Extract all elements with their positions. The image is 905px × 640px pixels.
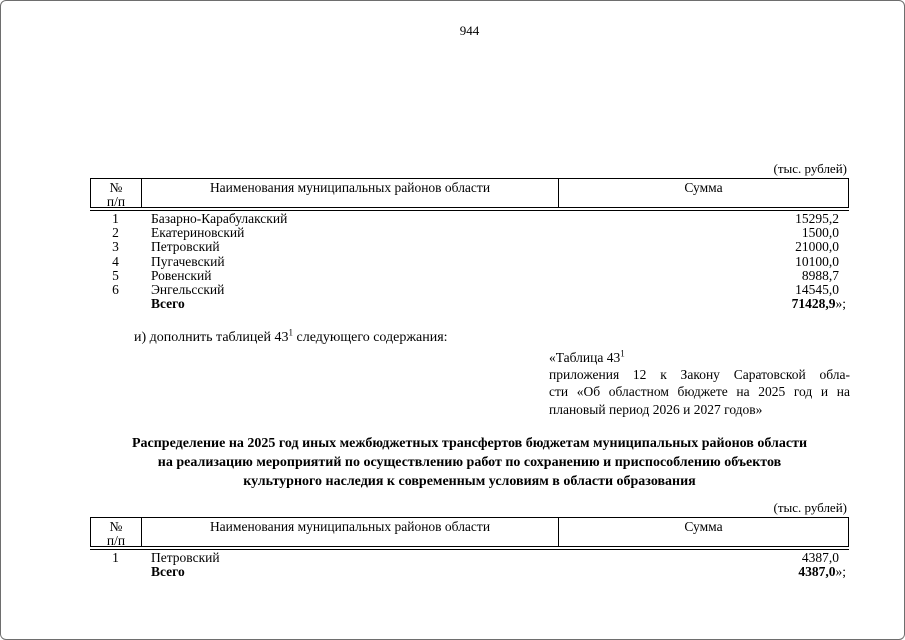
- table-row: 1 Петровский 4387,0: [90, 551, 849, 565]
- total-sum: 71428,9»;: [558, 297, 849, 311]
- table2-header-name: Наименования муниципальных районов облас…: [142, 518, 559, 546]
- table-transfers-education: № п/п Наименования муниципальных районов…: [90, 517, 849, 579]
- page-number: 944: [90, 23, 849, 39]
- table-row-total: Всего 71428,9»;: [90, 297, 849, 311]
- table1-header-row: № п/п Наименования муниципальных районов…: [90, 178, 849, 208]
- document-page: 944 (тыс. рублей) № п/п Наименования мун…: [0, 0, 905, 640]
- units-label-table2: (тыс. рублей): [773, 500, 847, 516]
- table1-header-num: № п/п: [91, 179, 142, 207]
- table-row: 2 Екатериновский 1500,0: [90, 226, 849, 240]
- total-sum: 4387,0»;: [558, 565, 849, 579]
- section-heading: Распределение на 2025 год иных межбюджет…: [90, 434, 849, 491]
- total-label: Всего: [141, 565, 558, 579]
- table-row-total: Всего 4387,0»;: [90, 565, 849, 579]
- table-row: 5 Ровенский 8988,7: [90, 269, 849, 283]
- table-row: 1 Базарно-Карабулакский 15295,2: [90, 212, 849, 226]
- total-label: Всего: [141, 297, 558, 311]
- table-row: 4 Пугачевский 10100,0: [90, 255, 849, 269]
- table2-header-num: № п/п: [91, 518, 142, 546]
- table2-header-row: № п/п Наименования муниципальных районов…: [90, 517, 849, 547]
- table2-body: 1 Петровский 4387,0 Всего 4387,0»;: [90, 551, 849, 579]
- closing-quote-suffix: »;: [835, 296, 846, 311]
- table2-header-sum: Сумма: [559, 518, 848, 546]
- annex-line1: «Таблица 431: [549, 349, 850, 366]
- table-row: 6 Энгельсский 14545,0: [90, 283, 849, 297]
- table-row: 3 Петровский 21000,0: [90, 240, 849, 254]
- annex-reference-block: «Таблица 431 приложения 12 к Закону Сара…: [549, 349, 850, 418]
- table1-header-sum: Сумма: [559, 179, 848, 207]
- table-transfers-culture-heritage: № п/п Наименования муниципальных районов…: [90, 178, 849, 311]
- units-label-table1: (тыс. рублей): [773, 161, 847, 177]
- table1-header-name: Наименования муниципальных районов облас…: [142, 179, 559, 207]
- annex-line4: плановый период 2026 и 2027 годов»: [549, 401, 850, 418]
- annex-line2: приложения 12 к Закону Саратовской обла-: [549, 366, 850, 383]
- superscript-1: 1: [620, 349, 625, 359]
- table1-body: 1 Базарно-Карабулакский 15295,2 2 Екатер…: [90, 212, 849, 311]
- amendment-clause: и) дополнить таблицей 431 следующего сод…: [134, 330, 448, 346]
- annex-line3: сти «Об областном бюджете на 2025 год и …: [549, 383, 850, 400]
- closing-quote-suffix: »;: [835, 564, 846, 579]
